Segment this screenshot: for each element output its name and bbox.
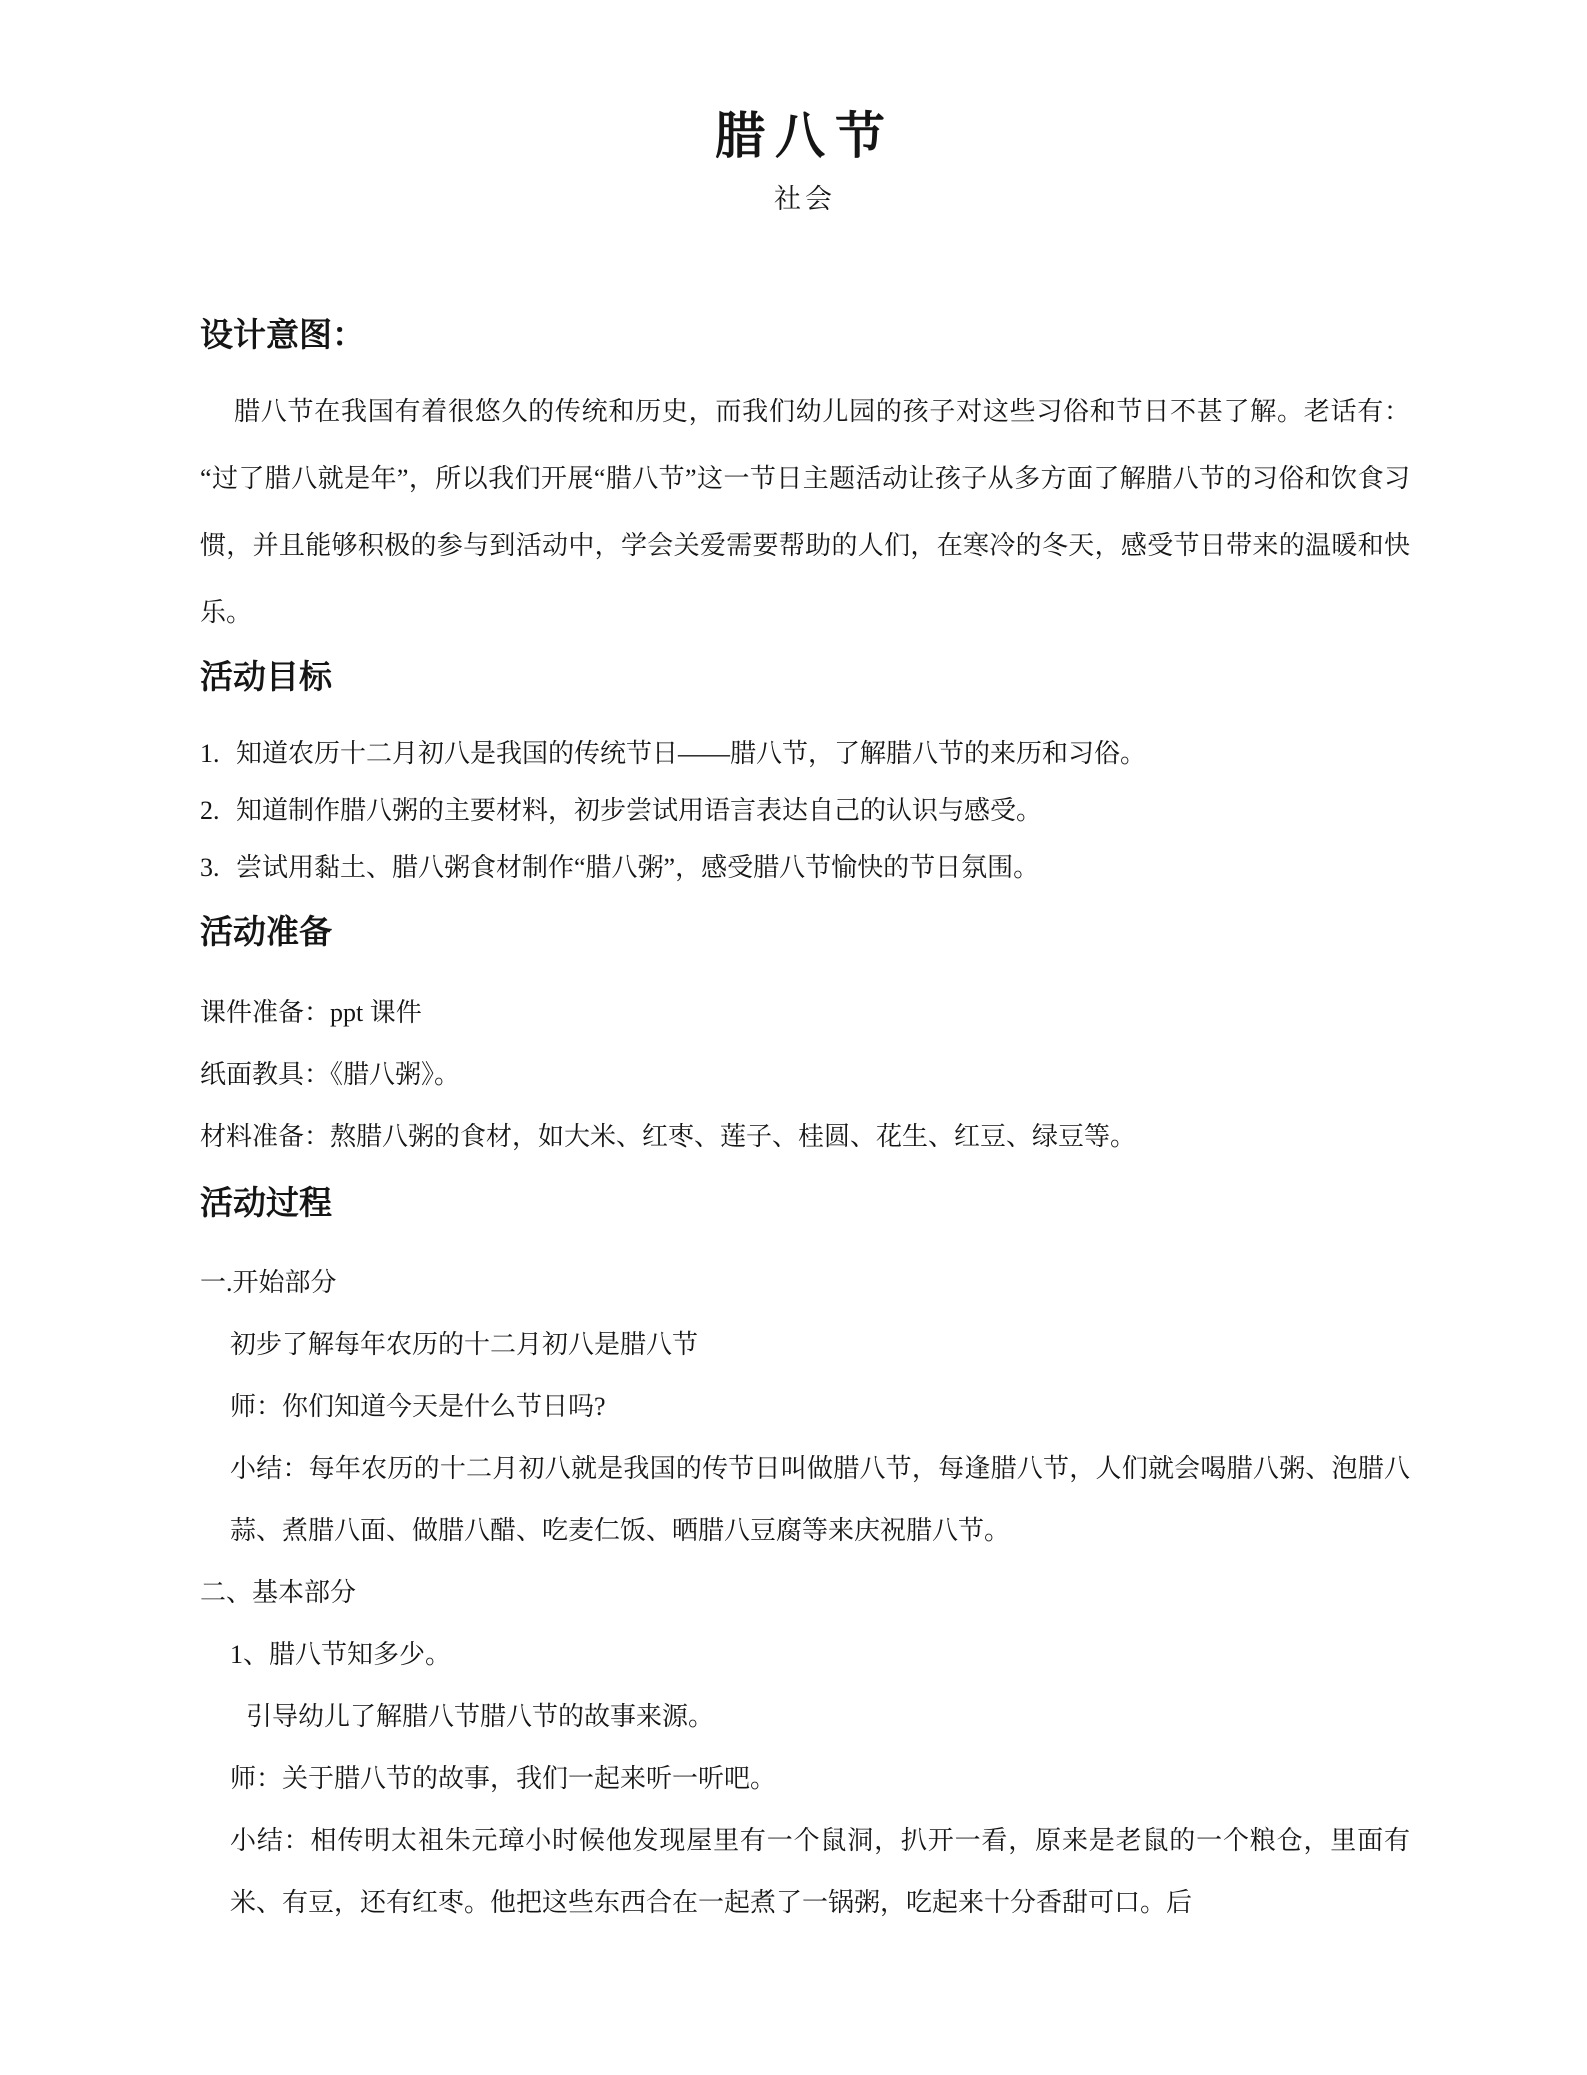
goal-text: 知道农历十二月初八是我国的传统节日——腊八节，了解腊八节的来历和习俗。 bbox=[236, 739, 1146, 768]
process-line: 师：关于腊八节的故事，我们一起来听一听吧。 bbox=[200, 1748, 1410, 1810]
section-heading-design-intent: 设计意图： bbox=[200, 314, 1410, 358]
document-page: 腊八节 社会 设计意图： 腊八节在我国有着很悠久的传统和历史，而我们幼儿园的孩子… bbox=[0, 0, 1587, 2075]
goal-number: 2. bbox=[200, 782, 236, 839]
goal-item: 1.知道农历十二月初八是我国的传统节日——腊八节，了解腊八节的来历和习俗。 bbox=[200, 725, 1410, 782]
section-heading-preparation: 活动准备 bbox=[200, 911, 1410, 955]
preparation-item: 纸面教具：《腊八粥》。 bbox=[200, 1044, 1410, 1106]
process-line: 初步了解每年农历的十二月初八是腊八节 bbox=[200, 1314, 1410, 1376]
process-line: 一.开始部分 bbox=[200, 1252, 1410, 1314]
design-intent-paragraph: 腊八节在我国有着很悠久的传统和历史，而我们幼儿园的孩子对这些习俗和节日不甚了解。… bbox=[200, 378, 1410, 646]
goal-item: 2.知道制作腊八粥的主要材料，初步尝试用语言表达自己的认识与感受。 bbox=[200, 782, 1410, 839]
process-line: 小结：每年农历的十二月初八就是我国的传节日叫做腊八节，每逢腊八节，人们就会喝腊八… bbox=[200, 1438, 1410, 1562]
section-heading-goals: 活动目标 bbox=[200, 656, 1410, 700]
process-line: 引导幼儿了解腊八节腊八节的故事来源。 bbox=[200, 1686, 1410, 1748]
process-line: 1、腊八节知多少。 bbox=[200, 1624, 1410, 1686]
process-line: 二、基本部分 bbox=[200, 1562, 1410, 1624]
goal-number: 1. bbox=[200, 725, 236, 782]
goals-list: 1.知道农历十二月初八是我国的传统节日——腊八节，了解腊八节的来历和习俗。 2.… bbox=[200, 725, 1410, 896]
goal-text: 知道制作腊八粥的主要材料，初步尝试用语言表达自己的认识与感受。 bbox=[236, 796, 1042, 825]
goal-item: 3.尝试用黏土、腊八粥食材制作“腊八粥”，感受腊八节愉快的节日氛围。 bbox=[200, 839, 1410, 896]
preparation-item: 课件准备：ppt 课件 bbox=[200, 982, 1410, 1044]
process-line: 小结：相传明太祖朱元璋小时候他发现屋里有一个鼠洞，扒开一看，原来是老鼠的一个粮仓… bbox=[200, 1810, 1410, 1934]
goal-text: 尝试用黏土、腊八粥食材制作“腊八粥”，感受腊八节愉快的节日氛围。 bbox=[236, 853, 1039, 882]
page-subtitle: 社会 bbox=[200, 179, 1410, 219]
process-line: 师：你们知道今天是什么节日吗? bbox=[200, 1376, 1410, 1438]
preparation-item: 材料准备：熬腊八粥的食材，如大米、红枣、莲子、桂圆、花生、红豆、绿豆等。 bbox=[200, 1106, 1410, 1168]
goal-number: 3. bbox=[200, 839, 236, 896]
page-title: 腊八节 bbox=[200, 105, 1410, 167]
process-list: 一.开始部分 初步了解每年农历的十二月初八是腊八节 师：你们知道今天是什么节日吗… bbox=[200, 1252, 1410, 1934]
section-heading-process: 活动过程 bbox=[200, 1182, 1410, 1226]
preparation-list: 课件准备：ppt 课件 纸面教具：《腊八粥》。 材料准备：熬腊八粥的食材，如大米… bbox=[200, 982, 1410, 1168]
